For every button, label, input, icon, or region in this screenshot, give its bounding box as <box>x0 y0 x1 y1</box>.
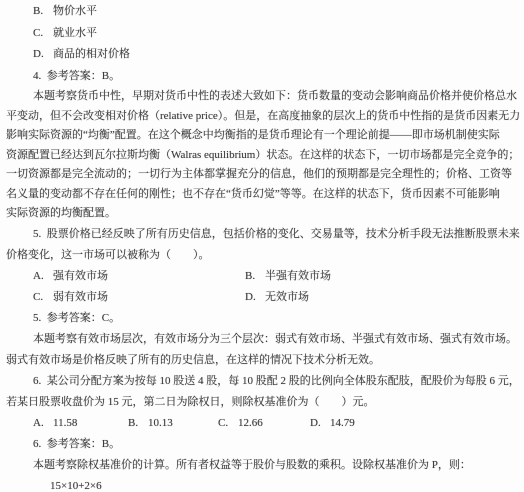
option-text: 11.58 <box>53 417 77 429</box>
option-row: C.12.66 <box>218 413 310 434</box>
question-line: 价格变化，这一市场可以被称为（ ）。 <box>6 245 520 266</box>
options-grid-row: C.弱有效市场 D.无效市场 <box>6 287 520 308</box>
option-row: B.半强有效市场 <box>245 266 520 287</box>
explanation-line: 本题考察有效市场层次，有效市场分为三个层次：弱式有效市场、半强式有效市场、强式有… <box>6 329 520 350</box>
option-label: B. <box>33 1 46 23</box>
option-text: 物价水平 <box>53 5 97 17</box>
question-line: 若某日股票收盘价为 15 元，第二日为除权日，则除权基准价为（ ）元。 <box>6 392 520 413</box>
formula-numerator: 15×10+2×6 <box>6 476 520 492</box>
document-page: B.物价水平 C.就业水平 D.商品的相对价格 4. 参考答案：B。 本题考察货… <box>0 0 524 492</box>
option-row: C.弱有效市场 <box>33 287 245 308</box>
questions-5-6-block: 5. 股票价格已经反映了所有历史信息，包括价格的变化、交易量等，技术分析手段无法… <box>6 224 520 492</box>
question-line: 6. 某公司分配方案为按每 10 股送 4 股，每 10 股配 2 股的比例向全… <box>6 371 520 392</box>
options-grid-row: A.强有效市场 B.半强有效市场 <box>6 266 520 287</box>
option-label: A. <box>33 413 46 434</box>
answer-line: 6. 参考答案：B。 <box>6 434 520 455</box>
options-grid-row: A.11.58 B.10.13 C.12.66 D.14.79 <box>6 413 520 434</box>
option-row: D.商品的相对价格 <box>6 44 520 66</box>
option-label: C. <box>33 23 46 45</box>
option-text: 10.13 <box>148 417 173 429</box>
question-4-block: B.物价水平 C.就业水平 D.商品的相对价格 4. 参考答案：B。 <box>6 1 520 87</box>
option-text: 12.66 <box>238 417 263 429</box>
option-label: D. <box>33 44 46 66</box>
explanation-line: 平变动，但不会改变相对价格（relative price）。但是，在高度抽象的层… <box>6 107 520 127</box>
option-row: B.10.13 <box>128 413 218 434</box>
explanation-line: 弱式有效市场是价格反映了所有的历史信息，在这样的情况下技术分析无效。 <box>6 350 520 371</box>
option-row: A.强有效市场 <box>33 266 245 287</box>
option-text: 商品的相对价格 <box>53 48 130 60</box>
option-row: D.14.79 <box>310 413 520 434</box>
option-row: B.物价水平 <box>6 1 520 23</box>
option-row: D.无效市场 <box>245 287 520 308</box>
option-text: 无效市场 <box>265 291 309 303</box>
option-text: 就业水平 <box>53 27 97 39</box>
explanation-line: 资源配置已经达到瓦尔拉斯均衡（Walras equilibrium）状态。在这样… <box>6 146 520 166</box>
explanation-line: 本题考察除权基准价的计算。所有者权益等于股价与股数的乘积。设除权基准价为 P，则… <box>6 455 520 476</box>
explanation-line: 影响实际资源的“均衡”配置。在这个概念中均衡指的是货币理论有一个理论前提——即市… <box>6 126 520 146</box>
option-label: B. <box>128 413 141 434</box>
answer-line: 5. 参考答案：C。 <box>6 308 520 329</box>
option-text: 14.79 <box>330 417 355 429</box>
option-text: 强有效市场 <box>53 270 108 282</box>
option-label: D. <box>310 413 323 434</box>
question-4-explanation: 本题考察货币中性，早期对货币中性的表述大致如下：货币数量的变动会影响商品价格并使… <box>6 87 520 224</box>
explanation-line: 名义量的变动都不存在任何的刚性；也不存在“货币幻觉”等等。在这样的状态下，货币因… <box>6 185 520 205</box>
explanation-line: 实际资源的均衡配置。 <box>6 204 520 224</box>
option-label: A. <box>33 266 46 287</box>
option-label: C. <box>218 413 231 434</box>
option-text: 弱有效市场 <box>53 291 108 303</box>
option-text: 半强有效市场 <box>265 270 331 282</box>
question-line: 5. 股票价格已经反映了所有历史信息，包括价格的变化、交易量等，技术分析手段无法… <box>6 224 520 245</box>
explanation-line: 本题考察货币中性，早期对货币中性的表述大致如下：货币数量的变动会影响商品价格并使… <box>6 87 520 107</box>
answer-line: 4. 参考答案：B。 <box>6 66 520 88</box>
option-row: A.11.58 <box>33 413 128 434</box>
option-row: C.就业水平 <box>6 23 520 45</box>
option-label: C. <box>33 287 46 308</box>
option-label: B. <box>245 266 258 287</box>
option-label: D. <box>245 287 258 308</box>
explanation-line: 一切资源都是完全流动的；一切行为主体都掌握充分的信息，他们的预期都是完全理性的；… <box>6 165 520 185</box>
